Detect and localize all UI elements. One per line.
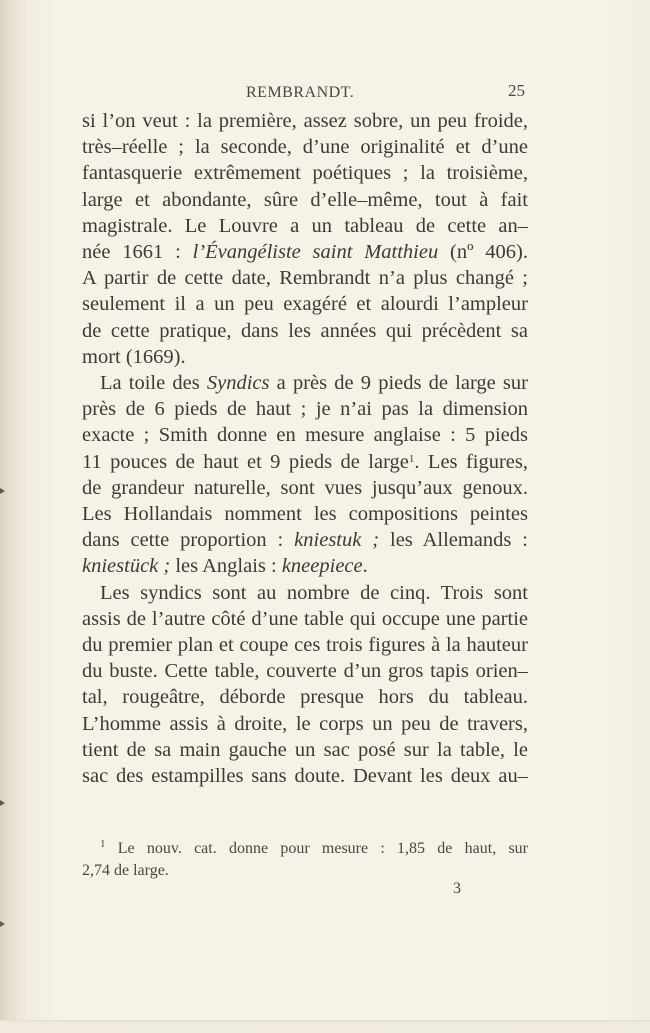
text-run: . [363,555,368,577]
body-text: si l’on veut : la première, assez sobre,… [82,108,528,789]
text-run: 11 pouces de haut et 9 pieds de large [82,451,409,473]
foreign-term: kniestück ; [82,555,170,577]
text-line: 11 pouces de haut et 9 pieds de large1. … [82,449,528,475]
foreign-term: kniestuk ; [294,529,379,551]
artwork-title: l’Évangéliste saint Matthieu [193,241,439,263]
footnote-marker: 1 [100,838,106,850]
text-line: magistrale. Le Louvre a un tableau de ce… [82,213,528,239]
text-line: assis de l’autre côté d’une table qui oc… [82,606,528,632]
text-line: sac des estampilles sans doute. Devant l… [82,763,528,789]
text-run: dans cette proportion : [82,529,294,551]
text-run: née 1661 : [82,241,193,263]
page-tab-marker [0,800,5,806]
text-line: fantasquerie extrêmement poétiques ; la … [82,160,528,186]
text-line: exacte ; Smith donne en mesure anglaise … [82,422,528,448]
text-run: . Les figures, [414,451,528,473]
text-run: les Anglais : [170,555,282,577]
text-line: près de 6 pieds de haut ; je n’ai pas la… [82,396,528,422]
text-line: Les Hollandais nomment les compositions … [82,501,528,527]
text-line: de cette pratique, dans les années qui p… [82,318,528,344]
signature-mark: 3 [453,880,461,898]
text-line: large et abondante, sûre d’elle–même, to… [82,187,528,213]
text-run: a près de 9 pieds de large sur [270,372,528,394]
text-line: A partir de cette date, Rembrandt n’a pl… [82,265,528,291]
text-line: si l’on veut : la première, assez sobre,… [82,108,528,134]
text-line: tal, rougeâtre, déborde presque hors du … [82,684,528,710]
text-line: La toile des Syndics a près de 9 pieds d… [82,370,528,396]
footnote-line: 2,74 de large. [82,860,528,882]
footnote-line: 1 Le nouv. cat. donne pour mesure : 1,85… [82,838,528,860]
text-run: (nº 406). [438,241,528,263]
foreign-term: kneepiece [282,555,363,577]
text-line: L’homme assis à droite, le corps un peu … [82,711,528,737]
text-line: mort (1669). [82,344,528,370]
text-line: tient de sa main gauche un sac posé sur … [82,737,528,763]
text-line: Les syndics sont au nombre de cinq. Troi… [82,580,528,606]
running-title: REMBRANDT. [246,84,354,102]
artwork-title: Syndics [207,372,270,394]
text-line: très–réelle ; la seconde, d’une original… [82,134,528,160]
footnote-text: Le nouv. cat. donne pour mesure : 1,85 d… [118,840,528,857]
text-line: du buste. Cette table, couverte d’un gro… [82,658,528,684]
text-run: La toile des [100,372,207,394]
page-tab-marker [0,488,5,494]
text-line: née 1661 : l’Évangéliste saint Matthieu … [82,239,528,265]
text-run: les Allemands : [379,529,528,551]
text-line: de grandeur naturelle, sont vues jusqu’a… [82,475,528,501]
text-line: kniestück ; les Anglais : kneepiece. [82,553,528,579]
text-line: dans cette proportion : kniestuk ; les A… [82,527,528,553]
page-tab-marker [0,921,5,927]
page-number: 25 [508,81,525,101]
text-line: seulement il a un peu exagéré et alourdi… [82,291,528,317]
page-header: REMBRANDT. 25 [0,84,650,104]
book-page: REMBRANDT. 25 si l’on veut : la première… [0,0,650,1033]
text-line: du premier plan et coupe ces trois figur… [82,632,528,658]
footnote: 1 Le nouv. cat. donne pour mesure : 1,85… [82,838,528,882]
